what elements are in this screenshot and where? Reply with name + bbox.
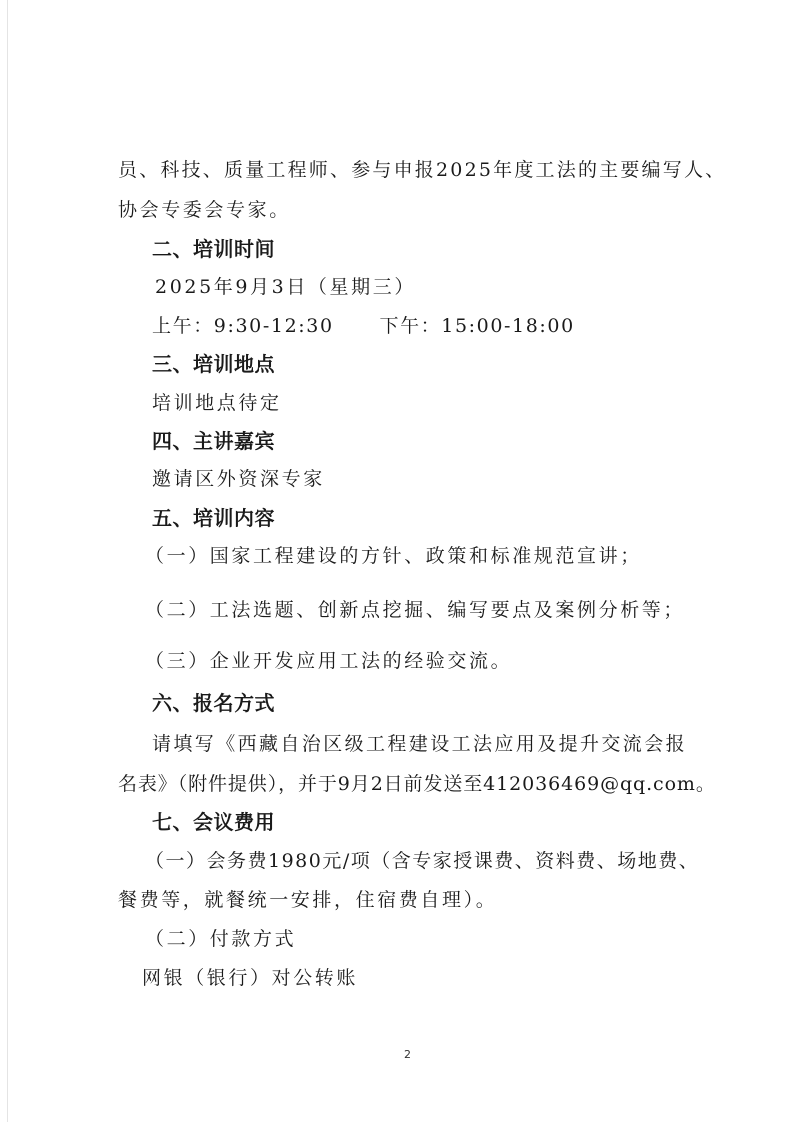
- section-heading-training-time: 二、培训时间: [152, 236, 275, 262]
- payment-method: 网银（银行）对公转账: [142, 965, 358, 991]
- page-number: 2: [404, 1048, 411, 1061]
- participants-continuation-line-2: 协会专委会专家。: [118, 197, 291, 223]
- section-heading-training-location: 三、培训地点: [152, 351, 275, 377]
- payment-method-heading: （二）付款方式: [145, 926, 296, 952]
- training-location: 培训地点待定: [152, 390, 282, 416]
- keynote-speakers: 邀请区外资深专家: [152, 466, 325, 492]
- document-page: 员、科技、质量工程师、参与申报2025年度工法的主要编写人、 协会专委会专家。 …: [0, 0, 794, 1122]
- training-content-item-3: （三）企业开发应用工法的经验交流。: [145, 648, 512, 674]
- training-date: 2025年9月3日（星期三）: [155, 274, 416, 300]
- training-hours: 上午：9:30-12:30 下午：15:00-18:00: [152, 313, 575, 339]
- section-heading-meeting-fees: 七、会议费用: [152, 809, 275, 835]
- meeting-fee-item-1-line-2: 餐费等，就餐统一安排，住宿费自理）。: [118, 887, 497, 913]
- registration-instructions-line-2: 名表》（附件提供），并于9月2日前发送至412036469@qq.com。: [118, 771, 716, 797]
- training-content-item-2: （二）工法选题、创新点挖掘、编写要点及案例分析等；: [145, 597, 685, 623]
- training-content-item-1: （一）国家工程建设的方针、政策和标准规范宣讲；: [145, 543, 642, 569]
- section-heading-training-content: 五、培训内容: [152, 505, 275, 531]
- registration-instructions-line-1: 请填写《西藏自治区级工程建设工法应用及提升交流会报: [152, 731, 687, 757]
- participants-continuation-line-1: 员、科技、质量工程师、参与申报2025年度工法的主要编写人、: [118, 157, 726, 183]
- section-heading-keynote-speakers: 四、主讲嘉宾: [152, 428, 275, 454]
- section-heading-registration: 六、报名方式: [152, 690, 275, 716]
- meeting-fee-item-1-line-1: （一）会务费1980元/项（含专家授课费、资料费、场地费、: [145, 848, 699, 874]
